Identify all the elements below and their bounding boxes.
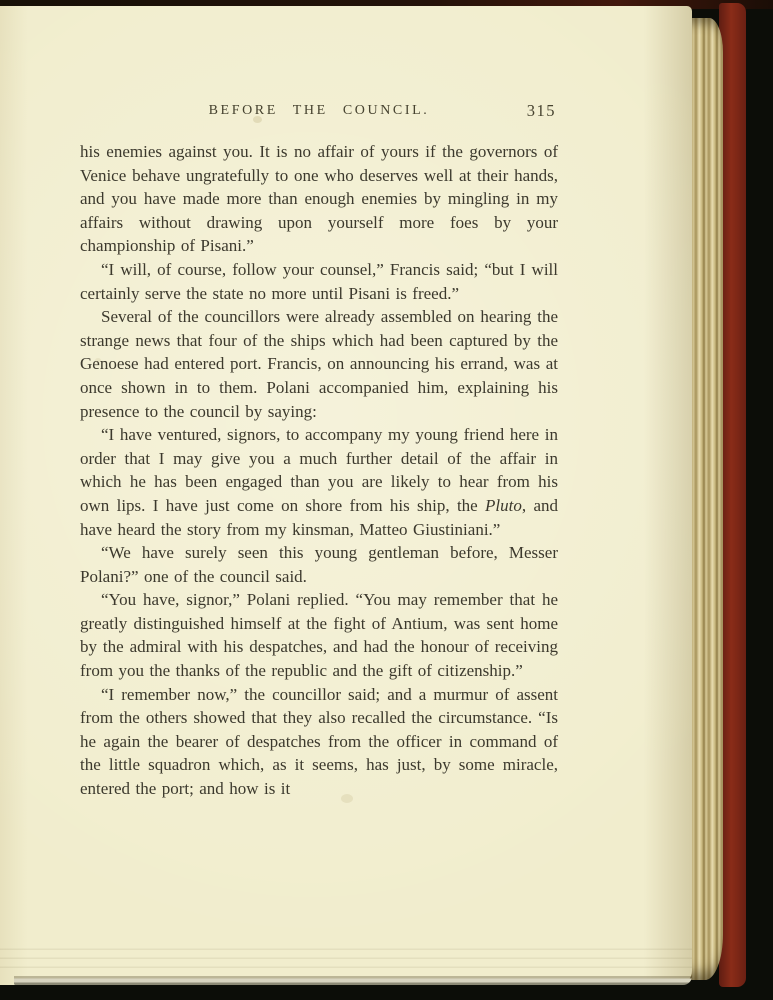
paragraph: “I remember now,” the councillor said; a… [80,683,558,801]
book-cover-edge [719,3,746,987]
text-segment: “I remember now,” the councillor said; a… [80,685,558,798]
page-content: BEFORE THE COUNCIL. 315 his enemies agai… [80,103,558,801]
text-segment: Several of the councillors were already … [80,307,558,420]
text-segment: “You have, signor,” Polani replied. “You… [80,590,558,680]
scan-background: { "book": { "running_head": "BEFORE THE … [0,0,773,1000]
paragraph: his enemies against you. It is no affair… [80,140,558,258]
paragraph: “I have ventured, signors, to accompany … [80,423,558,541]
text-segment: his enemies against you. It is no affair… [80,142,558,255]
text-segment: “We have surely seen this young gentlema… [80,543,558,586]
paragraph: “I will, of course, follow your counsel,… [80,258,558,305]
paragraph: “You have, signor,” Polani replied. “You… [80,588,558,682]
italic-text: Pluto [485,496,522,515]
text-segment: “I will, of course, follow your counsel,… [80,260,558,303]
page-bottom-edge [14,976,692,985]
page-header: BEFORE THE COUNCIL. 315 [80,103,558,127]
running-head: BEFORE THE COUNCIL. [80,103,558,119]
page-bottom-curvature [0,941,692,975]
body-text: his enemies against you. It is no affair… [80,140,558,801]
page-number: 315 [527,101,556,121]
paragraph: “We have surely seen this young gentlema… [80,541,558,588]
paragraph: Several of the councillors were already … [80,305,558,423]
book-page: BEFORE THE COUNCIL. 315 his enemies agai… [0,6,692,985]
